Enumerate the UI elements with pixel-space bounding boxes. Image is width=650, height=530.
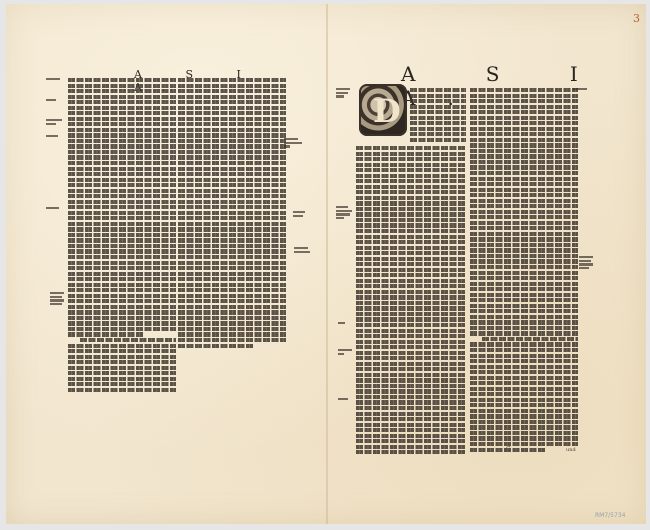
text-line xyxy=(178,238,286,242)
text-line xyxy=(68,371,176,375)
text-line xyxy=(356,268,466,272)
margin-note xyxy=(46,119,70,126)
text-line xyxy=(470,116,578,120)
text-line xyxy=(178,233,286,237)
text-line xyxy=(178,111,286,115)
text-line xyxy=(68,310,176,314)
right-page-column-1-top xyxy=(410,88,466,143)
text-line xyxy=(356,179,466,183)
text-line xyxy=(178,255,286,259)
text-line xyxy=(68,117,176,121)
text-line xyxy=(470,265,578,269)
text-line xyxy=(410,132,466,136)
text-line xyxy=(470,298,578,302)
text-line xyxy=(68,344,176,348)
text-line xyxy=(356,450,466,454)
text-line xyxy=(68,144,176,148)
text-line xyxy=(356,373,466,377)
text-line xyxy=(68,299,176,303)
text-line xyxy=(470,110,578,114)
text-line xyxy=(178,216,286,220)
text-line xyxy=(470,259,578,263)
text-line xyxy=(68,316,176,320)
text-line xyxy=(470,221,578,225)
text-line xyxy=(470,442,578,446)
text-line xyxy=(68,122,176,126)
text-line xyxy=(178,344,254,348)
text-line xyxy=(356,262,466,266)
text-line xyxy=(68,272,176,276)
text-line xyxy=(356,306,466,310)
text-line xyxy=(356,445,466,449)
text-line xyxy=(68,227,176,231)
text-line xyxy=(356,196,466,200)
text-line xyxy=(68,222,176,226)
text-line xyxy=(68,233,176,237)
text-line xyxy=(68,100,176,104)
text-line xyxy=(470,365,578,369)
text-line xyxy=(410,127,466,131)
text-line xyxy=(470,143,578,147)
text-line xyxy=(178,277,286,281)
page-number: 3 xyxy=(633,12,640,25)
text-line xyxy=(470,348,578,352)
text-line xyxy=(410,110,466,114)
text-line xyxy=(470,254,578,258)
text-line xyxy=(178,211,286,215)
text-line xyxy=(470,431,578,435)
text-line xyxy=(356,434,466,438)
text-line xyxy=(68,283,176,287)
text-line xyxy=(178,321,286,325)
text-line xyxy=(356,356,466,360)
text-line xyxy=(470,154,578,158)
text-line xyxy=(356,362,466,366)
text-line xyxy=(410,94,466,98)
text-line xyxy=(178,294,286,298)
decorated-initial-letter: D xyxy=(359,84,407,136)
text-line xyxy=(68,261,176,265)
text-line xyxy=(470,403,578,407)
text-line xyxy=(470,149,578,153)
text-line xyxy=(356,251,466,255)
printer-signature: C xyxy=(506,446,511,453)
text-line xyxy=(356,317,466,321)
text-line xyxy=(470,88,578,92)
text-line xyxy=(178,261,286,265)
text-line xyxy=(470,177,578,181)
text-line xyxy=(470,182,578,186)
text-line xyxy=(470,359,578,363)
text-line xyxy=(178,155,286,159)
text-line xyxy=(178,117,286,121)
text-line xyxy=(68,211,176,215)
right-page-column-1 xyxy=(356,146,466,456)
text-line xyxy=(68,288,176,292)
text-line xyxy=(470,121,578,125)
margin-note xyxy=(336,88,360,99)
initial-letter-glyph: D xyxy=(373,92,401,130)
text-line xyxy=(178,266,286,270)
text-line xyxy=(356,223,466,227)
text-line xyxy=(178,316,286,320)
text-line xyxy=(482,337,578,341)
text-line xyxy=(68,172,176,176)
text-line xyxy=(470,315,578,319)
text-line xyxy=(470,392,578,396)
text-line xyxy=(68,205,176,209)
text-line xyxy=(68,183,176,187)
text-line xyxy=(68,161,176,165)
catchword: und xyxy=(566,447,576,453)
text-line xyxy=(68,89,176,93)
text-line xyxy=(68,266,176,270)
text-line xyxy=(178,106,286,110)
text-line xyxy=(68,194,176,198)
text-line xyxy=(356,417,466,421)
margin-note xyxy=(579,256,603,270)
text-line xyxy=(356,412,466,416)
text-line xyxy=(356,246,466,250)
text-line xyxy=(356,439,466,443)
text-line xyxy=(178,133,286,137)
text-line xyxy=(470,331,578,335)
text-line xyxy=(68,382,176,386)
text-line xyxy=(470,160,578,164)
text-line xyxy=(178,272,286,276)
text-line xyxy=(68,139,176,143)
text-line xyxy=(178,222,286,226)
text-line xyxy=(68,321,176,325)
text-line xyxy=(178,100,286,104)
text-line xyxy=(356,428,466,432)
margin-note xyxy=(46,207,70,211)
margin-note xyxy=(294,247,318,254)
text-line xyxy=(356,301,466,305)
right-page-column-2 xyxy=(470,88,578,453)
text-line xyxy=(470,370,578,374)
text-line xyxy=(68,133,176,137)
text-line xyxy=(68,84,176,88)
text-line xyxy=(68,200,176,204)
text-line xyxy=(68,189,176,193)
text-line xyxy=(470,127,578,131)
text-line xyxy=(68,255,176,259)
text-line xyxy=(470,304,578,308)
text-line xyxy=(356,218,466,222)
text-line xyxy=(470,271,578,275)
text-line xyxy=(470,243,578,247)
text-line xyxy=(178,189,286,193)
text-line xyxy=(356,312,466,316)
text-line xyxy=(178,139,286,143)
text-line xyxy=(356,384,466,388)
text-line xyxy=(68,150,176,154)
text-line xyxy=(356,406,466,410)
text-line xyxy=(68,388,176,392)
margin-note xyxy=(46,99,70,103)
text-line xyxy=(356,235,466,239)
text-line xyxy=(470,309,578,313)
text-line xyxy=(356,389,466,393)
text-line xyxy=(68,155,176,159)
text-line xyxy=(178,305,286,309)
right-page: 3 A S I A. D C und xyxy=(328,4,646,524)
text-line xyxy=(178,249,286,253)
text-line xyxy=(68,360,176,364)
text-line xyxy=(410,116,466,120)
text-line xyxy=(470,193,578,197)
text-line xyxy=(356,290,466,294)
text-line xyxy=(178,150,286,154)
text-line xyxy=(68,78,176,82)
text-line xyxy=(356,395,466,399)
left-page-column-2 xyxy=(178,78,286,349)
text-line xyxy=(470,320,578,324)
text-line xyxy=(178,299,286,303)
text-line xyxy=(68,106,176,110)
text-line xyxy=(470,232,578,236)
text-line xyxy=(410,99,466,103)
text-line xyxy=(470,425,578,429)
text-line xyxy=(68,95,176,99)
text-line xyxy=(356,423,466,427)
text-line xyxy=(68,244,176,248)
text-line xyxy=(356,284,466,288)
text-line xyxy=(356,345,466,349)
text-line xyxy=(470,381,578,385)
text-line xyxy=(356,207,466,211)
text-line xyxy=(356,174,466,178)
left-page-column-1 xyxy=(68,78,176,393)
text-line xyxy=(470,398,578,402)
text-line xyxy=(470,414,578,418)
text-line xyxy=(356,329,466,333)
text-line xyxy=(356,229,466,233)
text-line xyxy=(470,276,578,280)
text-line xyxy=(356,190,466,194)
text-line xyxy=(356,323,466,327)
text-line xyxy=(178,89,286,93)
text-line xyxy=(356,400,466,404)
text-line xyxy=(178,327,286,331)
text-line xyxy=(178,128,286,132)
text-line xyxy=(356,201,466,205)
text-line xyxy=(68,178,176,182)
text-line xyxy=(470,436,578,440)
text-line xyxy=(68,349,176,353)
text-line xyxy=(68,238,176,242)
text-line xyxy=(68,249,176,253)
text-line xyxy=(178,144,286,148)
margin-note xyxy=(46,78,70,82)
text-line xyxy=(470,105,578,109)
text-line xyxy=(356,378,466,382)
text-line xyxy=(178,95,286,99)
text-line xyxy=(470,409,578,413)
text-line xyxy=(356,340,466,344)
text-line xyxy=(356,273,466,277)
text-line xyxy=(178,167,286,171)
margin-note xyxy=(293,211,317,218)
margin-note xyxy=(284,138,308,149)
text-line xyxy=(68,277,176,281)
text-line xyxy=(470,226,578,230)
text-line xyxy=(410,121,466,125)
text-line xyxy=(356,351,466,355)
text-line xyxy=(470,342,578,346)
text-line xyxy=(178,283,286,287)
text-line xyxy=(178,178,286,182)
text-line xyxy=(470,293,578,297)
text-line xyxy=(356,185,466,189)
text-line xyxy=(356,212,466,216)
text-line xyxy=(356,257,466,261)
text-line xyxy=(68,111,176,115)
text-line xyxy=(178,122,286,126)
archive-stamp: RM7/5734 xyxy=(595,512,625,519)
text-line xyxy=(356,163,466,167)
text-line xyxy=(68,305,176,309)
text-line xyxy=(80,338,176,342)
text-line xyxy=(470,204,578,208)
text-line xyxy=(68,366,176,370)
text-line xyxy=(356,367,466,371)
text-line xyxy=(68,216,176,220)
text-line xyxy=(470,99,578,103)
text-line xyxy=(178,78,286,82)
text-line xyxy=(470,94,578,98)
text-line xyxy=(178,84,286,88)
text-line xyxy=(356,152,466,156)
text-line xyxy=(356,146,466,150)
text-line xyxy=(470,165,578,169)
text-line xyxy=(68,167,176,171)
text-line xyxy=(356,240,466,244)
text-line xyxy=(178,183,286,187)
text-line xyxy=(470,326,578,330)
text-line xyxy=(470,237,578,241)
text-line xyxy=(68,128,176,132)
text-line xyxy=(410,138,466,142)
text-line xyxy=(410,105,466,109)
text-line xyxy=(68,332,144,336)
text-line xyxy=(68,355,176,359)
text-line xyxy=(178,310,286,314)
text-line xyxy=(178,161,286,165)
text-line xyxy=(178,288,286,292)
text-line xyxy=(68,327,176,331)
text-line xyxy=(470,215,578,219)
text-line xyxy=(470,199,578,203)
text-line xyxy=(356,279,466,283)
text-line xyxy=(470,420,578,424)
text-line xyxy=(178,205,286,209)
text-line xyxy=(178,227,286,231)
text-line xyxy=(178,332,286,336)
text-line xyxy=(470,282,578,286)
document-sheet: A S I A. 3 A S I A. D C und xyxy=(6,4,646,524)
text-line xyxy=(356,334,466,338)
text-line xyxy=(178,172,286,176)
text-line xyxy=(178,194,286,198)
text-line xyxy=(356,295,466,299)
text-line xyxy=(470,387,578,391)
margin-note xyxy=(46,135,70,139)
text-line xyxy=(178,200,286,204)
text-line xyxy=(470,354,578,358)
text-line xyxy=(470,376,578,380)
text-line xyxy=(356,168,466,172)
left-page: A S I A. xyxy=(6,4,326,524)
text-line xyxy=(470,287,578,291)
text-line xyxy=(356,157,466,161)
text-line xyxy=(470,171,578,175)
text-line xyxy=(68,377,176,381)
text-line xyxy=(68,294,176,298)
text-line xyxy=(470,188,578,192)
text-line xyxy=(470,248,578,252)
text-line xyxy=(470,210,578,214)
text-line xyxy=(470,132,578,136)
text-line xyxy=(178,338,286,342)
text-line xyxy=(470,138,578,142)
text-line xyxy=(410,88,466,92)
text-line xyxy=(178,244,286,248)
